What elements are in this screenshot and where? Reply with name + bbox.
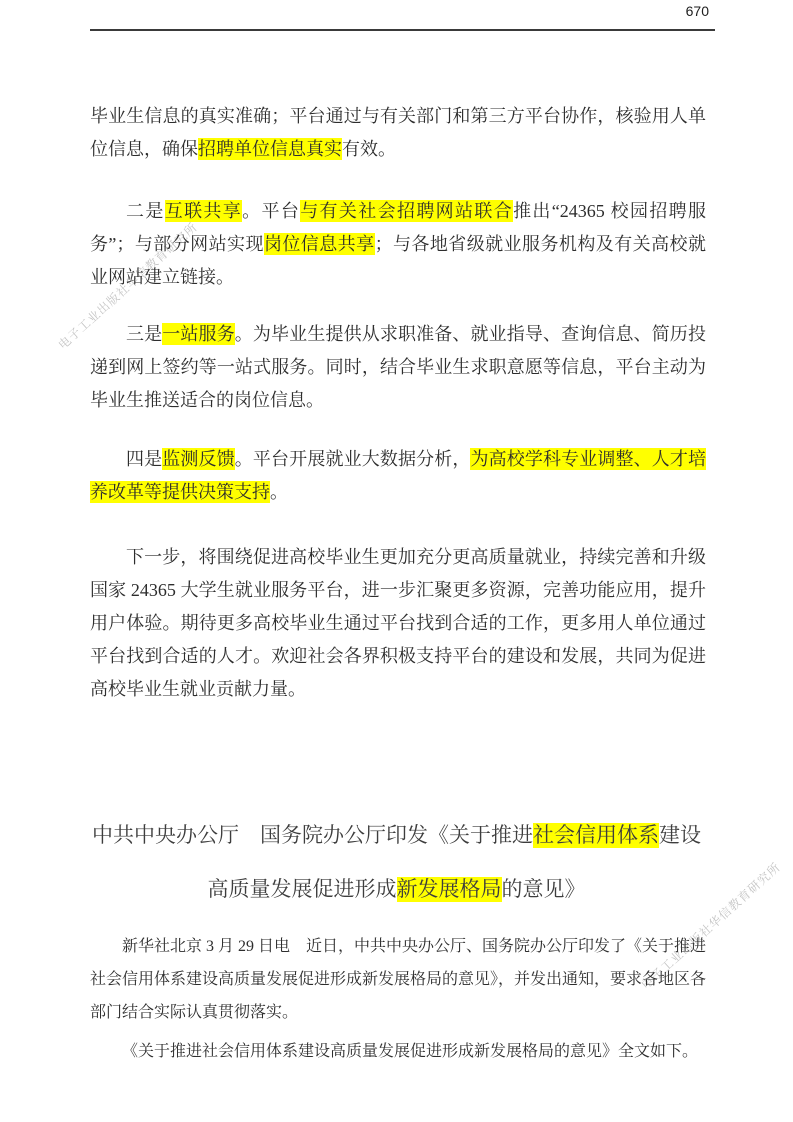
- article-title-line1: 中共中央办公厅 国务院办公厅印发《关于推进社会信用体系建设: [60, 821, 733, 851]
- paragraph: 新华社北京 3 月 29 日电 近日，中共中央办公厅、国务院办公厅印发了《关于推…: [90, 930, 706, 1029]
- text-run: 二是: [126, 201, 165, 221]
- text-run: 下一步，将围绕促进高校毕业生更加充分更高质量就业，持续完善和升级国家 24365…: [90, 547, 706, 699]
- text-run: 。: [270, 482, 288, 502]
- paragraph: 四是监测反馈。平台开展就业大数据分析，为高校学科专业调整、人才培养改革等提供决策…: [90, 443, 706, 509]
- header-rule: [90, 29, 715, 31]
- paragraph: 毕业生信息的真实准确；平台通过与有关部门和第三方平台协作，核验用人单位信息，确保…: [90, 100, 706, 166]
- text-run: 高质量发展促进形成: [208, 878, 397, 901]
- text-run: 中共中央办公厅 国务院办公厅印发《关于推进: [92, 824, 533, 847]
- highlight: 与有关社会招聘网站联合: [300, 200, 513, 222]
- highlight: 招聘单位信息真实: [198, 138, 342, 160]
- highlight: 新发展格局: [397, 877, 502, 902]
- paragraph: 二是互联共享。平台与有关社会招聘网站联合推出“24365 校园招聘服务”；与部分…: [90, 195, 706, 294]
- text-run: 的意见》: [502, 878, 586, 901]
- text-run: 毕业生信息的真实准确；平台通过与有关部门和第三方平台协作，核验用人单位信息，确保: [90, 106, 706, 159]
- text-run: 四是: [126, 449, 162, 469]
- highlight: 一站服务: [162, 323, 235, 345]
- highlight: 岗位信息共享: [264, 233, 375, 255]
- text-run: 建设: [659, 824, 701, 847]
- text-run: 。平台开展就业大数据分析，: [235, 449, 471, 469]
- highlight: 社会信用体系: [533, 823, 659, 848]
- text-run: 三是: [126, 324, 162, 344]
- document-page: 670 电子工业出版社华信教育研究所 电子工业出版社华信教育研究所 毕业生信息的…: [0, 0, 793, 1122]
- paragraph: 下一步，将围绕促进高校毕业生更加充分更高质量就业，持续完善和升级国家 24365…: [90, 541, 706, 706]
- page-number: 670: [686, 3, 709, 19]
- article-title-line2: 高质量发展促进形成新发展格局的意见》: [60, 875, 733, 905]
- paragraph: 《关于推进社会信用体系建设高质量发展促进形成新发展格局的意见》全文如下。: [90, 1035, 706, 1068]
- highlight: 监测反馈: [162, 448, 235, 470]
- highlight: 互联共享: [165, 200, 242, 222]
- text-run: 有效。: [342, 139, 396, 159]
- text-run: 。平台: [242, 201, 300, 221]
- paragraph: 三是一站服务。为毕业生提供从求职准备、就业指导、查询信息、简历投递到网上签约等一…: [90, 318, 706, 417]
